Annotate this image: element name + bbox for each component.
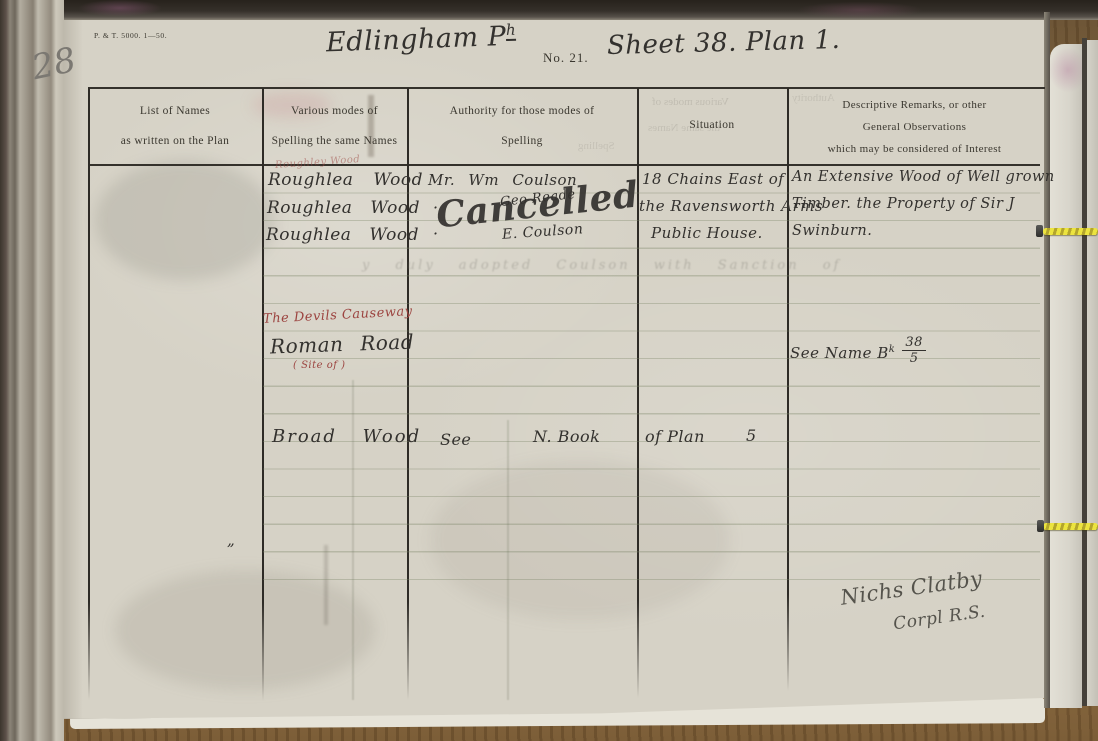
spelling-entry: Roughlea Wood — [267, 198, 420, 218]
printer-code: P. & T. 5000. 1—50. — [94, 31, 167, 40]
name-entry: Roman Road — [270, 329, 415, 358]
spelling-entry: Roughlea Wood — [268, 170, 423, 190]
remarks-entry: See Name Bk385 — [790, 336, 926, 365]
sheet-plan-title: Sheet 38. Plan 1. — [607, 25, 841, 61]
see-note: See — [440, 430, 471, 449]
parish-title: Edlingham Ph — [326, 21, 517, 59]
table-left-border — [88, 88, 90, 700]
book-superscript: k — [889, 344, 896, 355]
bleedthrough-text: Spelling — [578, 140, 615, 152]
remarks-entry: Timber. the Property of Sir J — [792, 196, 1015, 212]
name-book-ref: N. Book — [533, 427, 600, 446]
bleedthrough-text: Various modes of — [652, 96, 729, 108]
top-page-stack-edge — [0, 0, 1098, 20]
cord-knot-bottom — [1037, 520, 1044, 532]
fore-edge-page-1 — [1050, 44, 1082, 708]
header-list-of-names: List of Names as written on the Plan — [90, 96, 260, 156]
red-ink-note: ( Site of ) — [293, 360, 346, 371]
name-entry: Broad Wood — [272, 426, 421, 447]
cord-knot-top — [1036, 225, 1043, 237]
binding-cord-bottom — [1043, 523, 1098, 530]
bleedthrough-text: Authority — [792, 92, 835, 104]
faint-pencil-note: y duly adopted Coulson with Sanction of — [362, 258, 841, 273]
fore-edge-page-2 — [1087, 40, 1098, 706]
situation-entry: 18 Chains East of — [642, 170, 784, 188]
sheet-fraction: 385 — [902, 336, 926, 365]
plan-number: 5 — [746, 426, 757, 445]
left-binding-page-stack — [0, 0, 64, 741]
remarks-entry: An Extensive Wood of Well grown — [792, 169, 1055, 185]
spelling-entry: Roughlea Wood — [266, 225, 419, 245]
bleed-through-line — [507, 420, 509, 700]
ditto-mark: „ — [227, 531, 235, 549]
plan-ref: of Plan — [645, 427, 705, 446]
header-various-modes: Various modes of Spelling the same Names — [264, 96, 405, 156]
name-book-scan: P. & T. 5000. 1—50. 28 Edlingham Ph No. … — [0, 0, 1098, 741]
ditto-dot: · — [433, 224, 439, 243]
parish-superscript: h — [506, 21, 517, 41]
situation-entry: Public House. — [651, 224, 763, 242]
paper-stain — [95, 160, 275, 280]
table-top-border — [88, 87, 1045, 89]
number-label: No. 21. — [543, 50, 589, 66]
remarks-entry: Swinburn. — [792, 223, 872, 239]
binding-cord-top — [1043, 228, 1098, 235]
bleedthrough-text: the same Names — [648, 122, 720, 134]
